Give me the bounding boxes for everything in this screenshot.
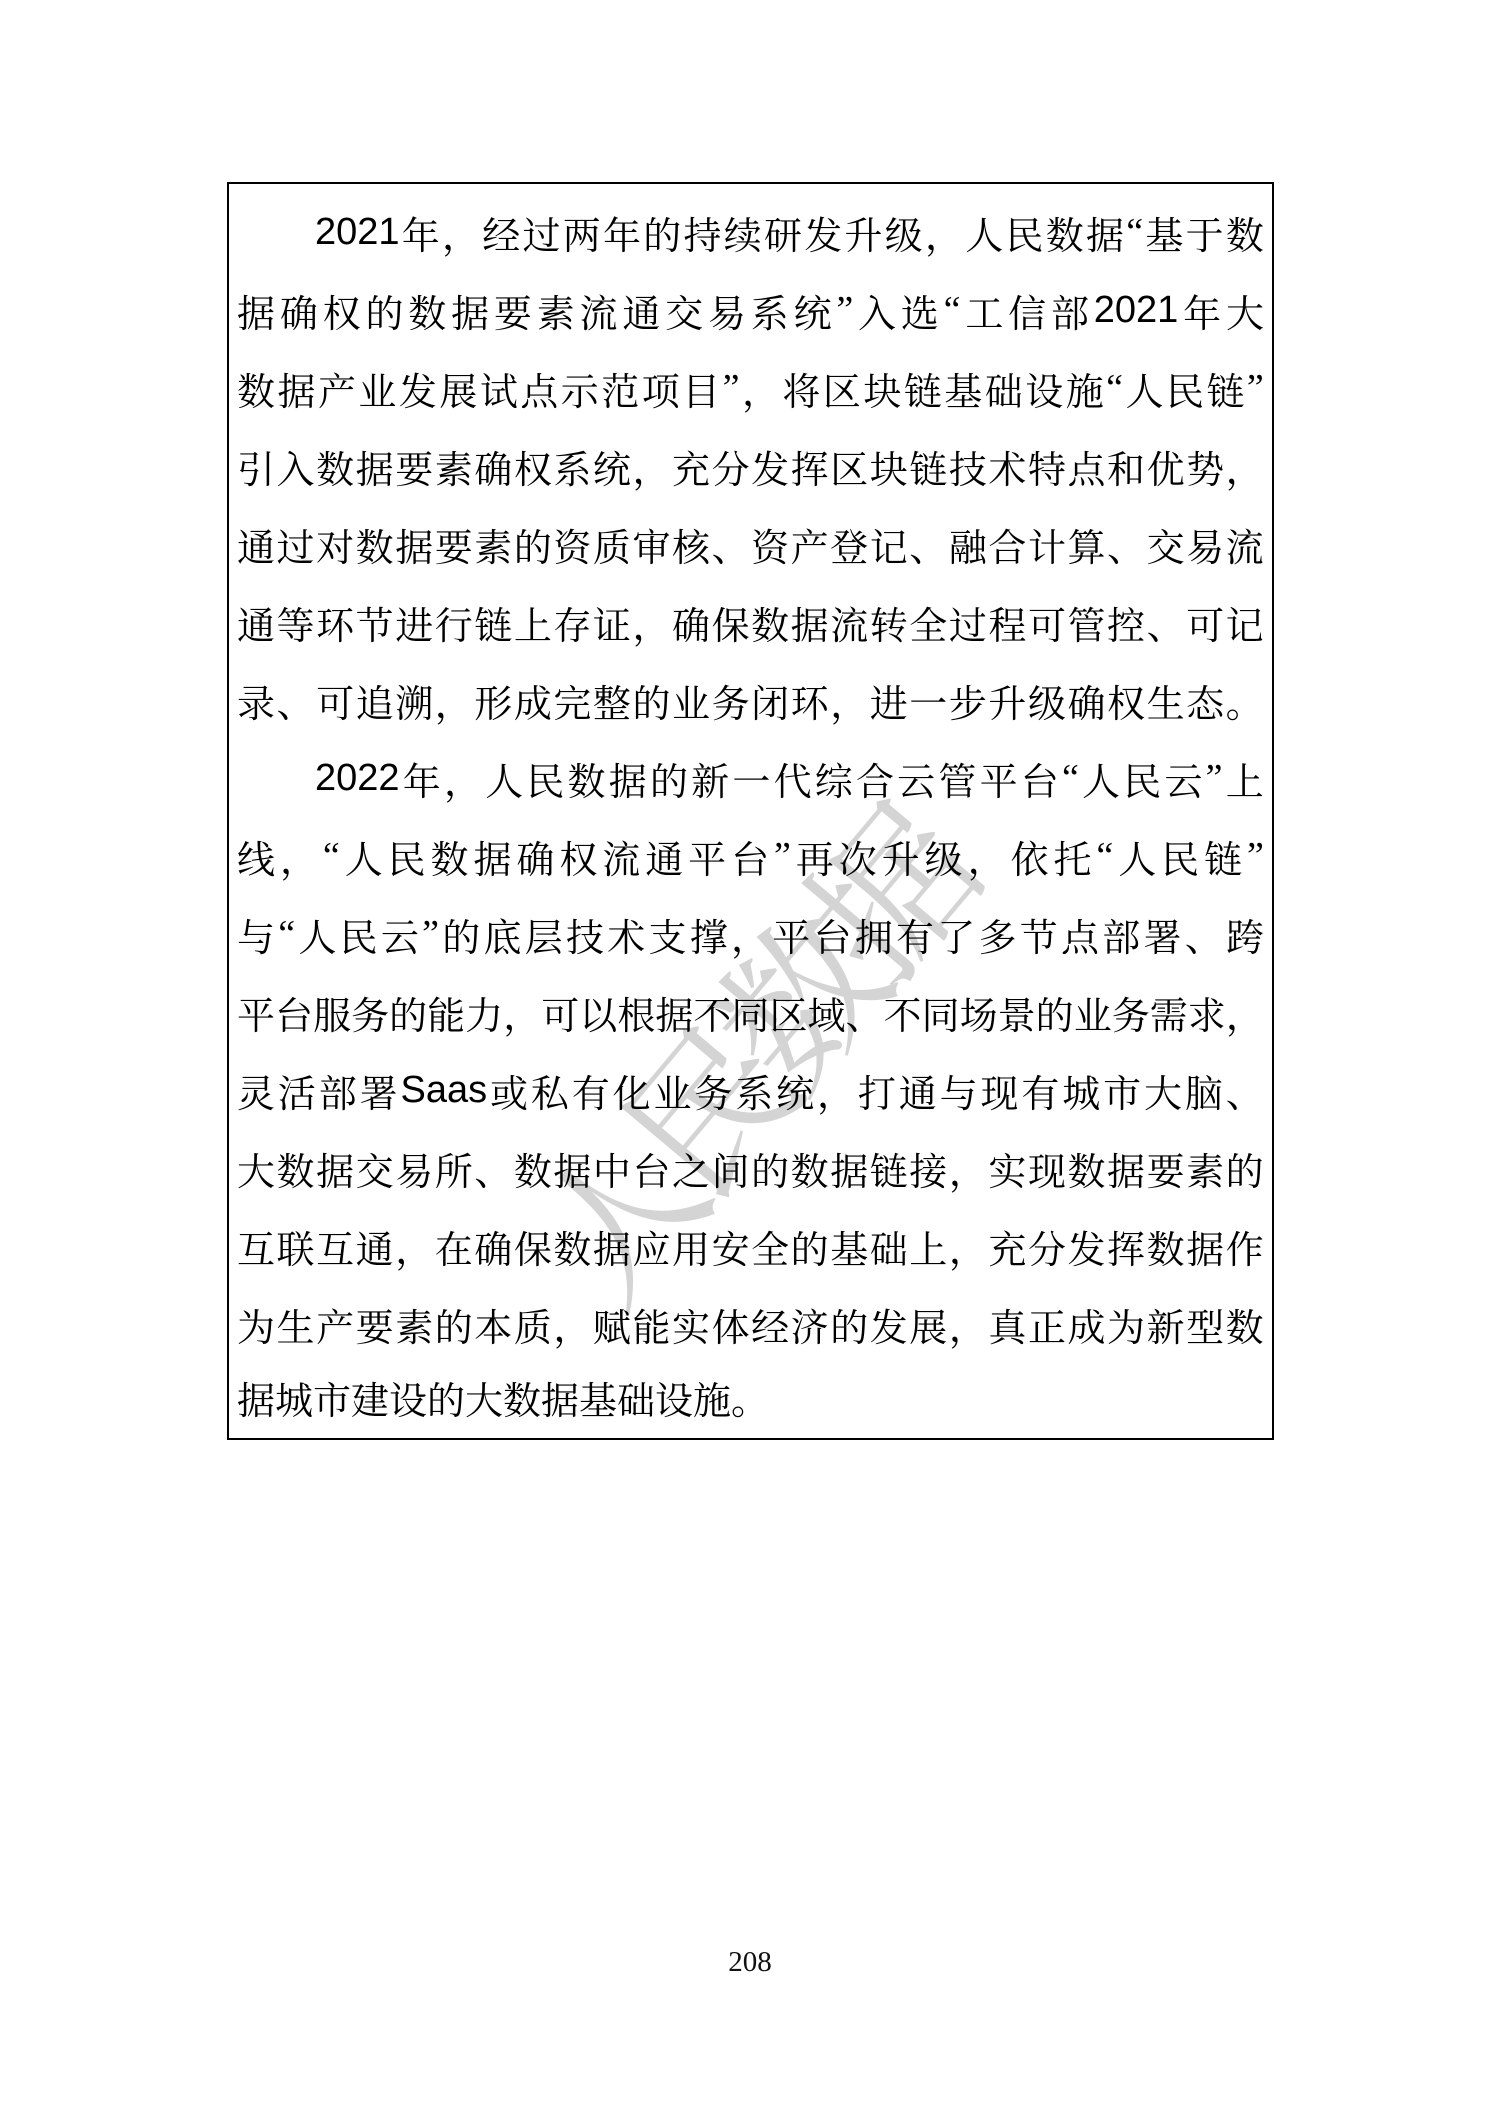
cjk-char: ” xyxy=(836,288,853,332)
cjk-char: 平 xyxy=(980,751,1018,806)
cjk-char: 素 xyxy=(435,439,473,494)
cjk-char: 级 xyxy=(925,829,963,884)
cjk-char: 质 xyxy=(593,517,631,572)
cjk-char: 部 xyxy=(319,1063,357,1118)
cjk-char: 点 xyxy=(1067,439,1105,494)
cjk-char: 链 xyxy=(909,439,947,494)
cjk-char: 数 xyxy=(553,1219,591,1274)
cjk-char: 撑 xyxy=(690,907,728,962)
cjk-char: 整 xyxy=(593,673,631,728)
cjk-char: 署 xyxy=(360,1063,398,1118)
cjk-char: 持 xyxy=(684,205,722,260)
cjk-char: 市 xyxy=(1103,1063,1141,1118)
cjk-char: 、 xyxy=(1185,907,1223,962)
cjk-char: 交 xyxy=(356,1141,394,1196)
cjk-char: 数 xyxy=(568,751,606,806)
cjk-char: 活 xyxy=(278,1063,316,1118)
cjk-char: 数 xyxy=(431,829,469,884)
cjk-char: 块 xyxy=(863,361,901,416)
cjk-char: 对 xyxy=(316,517,354,572)
cjk-char: 充 xyxy=(672,439,710,494)
cjk-char: 年 xyxy=(1183,283,1221,338)
cjk-char: 场 xyxy=(960,985,998,1040)
cjk-char: 数 xyxy=(277,1141,315,1196)
cjk-char: 通 xyxy=(622,283,660,338)
cjk-char: 生 xyxy=(1147,673,1185,728)
cjk-char: 民 xyxy=(340,907,378,962)
cjk-char: 能 xyxy=(427,985,465,1040)
cjk-char: 平 xyxy=(688,829,726,884)
cjk-char: 年 xyxy=(603,205,641,260)
cjk-char: 打 xyxy=(858,1063,896,1118)
cjk-char: 新 xyxy=(1147,1297,1185,1352)
cjk-char: 素 xyxy=(395,1297,433,1352)
cjk-char: 流 xyxy=(1226,517,1264,572)
cjk-char: ， xyxy=(949,1141,987,1196)
cjk-char: 全 xyxy=(909,595,947,650)
cjk-char: 等 xyxy=(277,595,315,650)
cjk-char: 确 xyxy=(280,283,318,338)
cjk-char: 综 xyxy=(815,751,853,806)
cjk-char: 的 xyxy=(514,517,552,572)
cjk-char: 体 xyxy=(712,1297,750,1352)
cjk-char: 经 xyxy=(482,205,520,260)
cjk-char: 、 xyxy=(1107,517,1145,572)
cjk-char: 灵 xyxy=(237,1063,275,1118)
cjk-char: 互 xyxy=(237,1219,275,1274)
cjk-char: 点 xyxy=(1061,907,1099,962)
cjk-char: 完 xyxy=(553,673,591,728)
cjk-char: 据 xyxy=(473,829,511,884)
cjk-char: 、 xyxy=(1147,595,1185,650)
cjk-char: 通 xyxy=(237,517,275,572)
cjk-char: 数 xyxy=(751,595,789,650)
cjk-char: 一 xyxy=(732,751,770,806)
cjk-char: ， xyxy=(280,829,318,884)
cjk-char: 民 xyxy=(1123,751,1161,806)
cjk-char: ， xyxy=(442,205,480,260)
cjk-char: ” xyxy=(422,912,439,956)
cjk-char: 民 xyxy=(1161,829,1199,884)
cjk-char: 术 xyxy=(607,907,645,962)
cjk-char: 块 xyxy=(870,439,908,494)
cjk-char: 作 xyxy=(1226,1219,1264,1274)
cjk-char: 发 xyxy=(751,439,789,494)
cjk-char: 统 xyxy=(794,283,832,338)
cjk-char: 项 xyxy=(642,361,680,416)
cjk-char: 控 xyxy=(1107,595,1145,650)
cjk-char: 态 xyxy=(1186,673,1224,728)
cjk-char: 质 xyxy=(514,1297,552,1352)
cjk-char: 可 xyxy=(1186,595,1224,650)
cjk-char: 链 xyxy=(870,1141,908,1196)
cjk-char: 用 xyxy=(672,1219,710,1274)
cjk-char: 线 xyxy=(237,829,275,884)
cjk-char: 据 xyxy=(655,985,693,1040)
cjk-char: 要 xyxy=(1147,1141,1185,1196)
cjk-char: ， xyxy=(553,1297,591,1352)
text-line: 与“人民云”的底层技术支撑，平台拥有了多节点部署、跨 xyxy=(237,895,1264,973)
cjk-char: 业 xyxy=(653,1063,691,1118)
cjk-char: 产 xyxy=(318,361,356,416)
cjk-char: 易 xyxy=(395,1141,433,1196)
cjk-char: 托 xyxy=(1053,829,1091,884)
cjk-char: 有 xyxy=(572,1063,610,1118)
cjk-char: 本 xyxy=(474,1297,512,1352)
cjk-char: 特 xyxy=(1028,439,1066,494)
cjk-char: 部 xyxy=(1102,907,1140,962)
cjk-char: 再 xyxy=(796,829,834,884)
cjk-char: 要 xyxy=(356,1297,394,1352)
cjk-char: 平 xyxy=(772,907,810,962)
cjk-char: 间 xyxy=(712,1141,750,1196)
cjk-char: 生 xyxy=(277,1297,315,1352)
cjk-char: 区 xyxy=(830,439,868,494)
cjk-char: 闭 xyxy=(751,673,789,728)
cjk-char: 和 xyxy=(1107,439,1145,494)
cjk-char: 数 xyxy=(408,283,446,338)
cjk-char: 部 xyxy=(1051,283,1089,338)
cjk-char: 环 xyxy=(791,673,829,728)
cjk-char: 素 xyxy=(537,283,575,338)
cjk-char: 次 xyxy=(839,829,877,884)
cjk-char: 上 xyxy=(514,595,552,650)
cjk-char: 区 xyxy=(823,361,861,416)
cjk-char: 济 xyxy=(791,1297,829,1352)
cjk-char: 民 xyxy=(388,829,426,884)
cjk-char: 合 xyxy=(856,751,894,806)
cjk-char: 确 xyxy=(672,595,710,650)
cjk-char: 代 xyxy=(774,751,812,806)
cjk-char: 基 xyxy=(830,1219,868,1274)
cjk-char: 施 xyxy=(1066,361,1104,416)
cjk-char: 景 xyxy=(998,985,1036,1040)
text-line: 为生产要素的本质，赋能实体经济的发展，真正成为新型数 xyxy=(237,1285,1264,1363)
cjk-char: 年 xyxy=(402,205,440,260)
cjk-char: 有 xyxy=(1021,1063,1059,1118)
cjk-char: 环 xyxy=(316,595,354,650)
cjk-char: 域 xyxy=(807,985,845,1040)
cjk-char: 安 xyxy=(712,1219,750,1274)
cjk-char: 可 xyxy=(316,673,354,728)
text-line: 引入数据要素确权系统，充分发挥区块链技术特点和优势， xyxy=(237,427,1264,505)
cjk-char: 支 xyxy=(648,907,686,962)
cjk-char: 据 xyxy=(277,361,315,416)
cjk-char: 大 xyxy=(1226,283,1264,338)
cjk-char: 服 xyxy=(313,985,351,1040)
cjk-char: 展 xyxy=(439,361,477,416)
cjk-char: 技 xyxy=(566,907,604,962)
cjk-char: 、 xyxy=(277,673,315,728)
cjk-char: 证 xyxy=(593,595,631,650)
cjk-char: “ xyxy=(1106,366,1123,410)
cjk-char: 同 xyxy=(922,985,960,1040)
cjk-char: 据 xyxy=(1086,205,1124,260)
cjk-char: 工 xyxy=(965,283,1003,338)
cjk-char: 所 xyxy=(435,1141,473,1196)
cjk-char: ， xyxy=(925,205,963,260)
cjk-char: 基 xyxy=(944,361,982,416)
cjk-char: 可 xyxy=(1028,595,1066,650)
cjk-char: 的 xyxy=(791,1219,829,1274)
cjk-char: 现 xyxy=(980,1063,1018,1118)
cjk-char: 真 xyxy=(988,1297,1026,1352)
cjk-char: 发 xyxy=(399,361,437,416)
cjk-char: 上 xyxy=(1226,751,1264,806)
cjk-char: 人 xyxy=(1082,751,1120,806)
cjk-char: 根 xyxy=(617,985,655,1040)
cjk-char: 选 xyxy=(901,283,939,338)
cjk-char: 台 xyxy=(275,985,313,1040)
cjk-char: ， xyxy=(968,829,1006,884)
cjk-char: 的 xyxy=(1226,1141,1264,1196)
cjk-char: “ xyxy=(1062,756,1079,800)
cjk-char: 审 xyxy=(632,517,670,572)
cjk-char: 据 xyxy=(593,1219,631,1274)
cjk-char: 跨 xyxy=(1226,907,1264,962)
cjk-char: 据 xyxy=(395,517,433,572)
cjk-char: 据 xyxy=(830,1141,868,1196)
cjk-char: 资 xyxy=(553,517,591,572)
cjk-char: 了 xyxy=(937,907,975,962)
cjk-char: 据 xyxy=(1186,1219,1224,1274)
cjk-char: 核 xyxy=(672,517,710,572)
text-line: 灵活部署Saas或私有化业务系统，打通与现有城市大脑、 xyxy=(237,1051,1264,1129)
cjk-char: 存 xyxy=(553,595,591,650)
cjk-char: 数 xyxy=(1046,205,1084,260)
cjk-char: “ xyxy=(1126,210,1143,254)
cjk-char: 登 xyxy=(830,517,868,572)
cjk-char: ， xyxy=(817,1063,855,1118)
text-line: 据确权的数据要素流通交易系统”入选“工信部2021年大 xyxy=(237,271,1264,349)
cjk-char: 业 xyxy=(672,673,710,728)
cjk-char: 流 xyxy=(830,595,868,650)
cjk-char: 挥 xyxy=(1107,1219,1145,1274)
page-number: 208 xyxy=(0,1946,1500,1979)
cjk-char: 互 xyxy=(316,1219,354,1274)
cjk-char: 过 xyxy=(949,595,987,650)
cjk-char: 记 xyxy=(870,517,908,572)
cjk-char: 赋 xyxy=(593,1297,631,1352)
cjk-char: 发 xyxy=(804,205,842,260)
cjk-char: ， xyxy=(830,673,868,728)
cjk-char: 的 xyxy=(1036,985,1074,1040)
cjk-char: 多 xyxy=(978,907,1016,962)
cjk-char: 实 xyxy=(988,1141,1026,1196)
cjk-char: 形 xyxy=(474,673,512,728)
cjk-char: 在 xyxy=(435,1219,473,1274)
cjk-char: 台 xyxy=(813,907,851,962)
cjk-char: 与 xyxy=(237,907,275,962)
text-line: 2021年，经过两年的持续研发升级，人民数据“基于数 xyxy=(237,193,1264,271)
cjk-char: 台 xyxy=(632,1141,670,1196)
cjk-char: 数 xyxy=(237,361,275,416)
cjk-char: 转 xyxy=(870,595,908,650)
cjk-char: 易 xyxy=(708,283,746,338)
cjk-char: 系 xyxy=(751,283,789,338)
cjk-char: 技 xyxy=(949,439,987,494)
cjk-char: 正 xyxy=(1028,1297,1066,1352)
cjk-char: 台 xyxy=(731,829,769,884)
cjk-char: 进 xyxy=(870,673,908,728)
cjk-char: 升 xyxy=(882,829,920,884)
cjk-char: 区 xyxy=(769,985,807,1040)
cjk-char: 为 xyxy=(1107,1297,1145,1352)
cjk-char: 署 xyxy=(1143,907,1181,962)
cjk-char: 平 xyxy=(237,985,275,1040)
cjk-char: 联 xyxy=(277,1219,315,1274)
cjk-char: 的 xyxy=(830,1297,868,1352)
cjk-char: 发 xyxy=(870,1297,908,1352)
cjk-char: 录 xyxy=(237,673,275,728)
cjk-char: 势 xyxy=(1186,439,1224,494)
cjk-char: 务 xyxy=(712,673,750,728)
cjk-char: 素 xyxy=(1186,1141,1224,1196)
cjk-char: 确 xyxy=(474,439,512,494)
cjk-char: 要 xyxy=(395,439,433,494)
cjk-char: 不 xyxy=(693,985,731,1040)
cjk-char: 交 xyxy=(665,283,703,338)
cjk-char: 化 xyxy=(613,1063,651,1118)
content-box: 2021年，经过两年的持续研发升级，人民数据“基于数据确权的数据要素流通交易系统… xyxy=(227,182,1274,1440)
cjk-char: 全 xyxy=(751,1219,789,1274)
cjk-char: 充 xyxy=(988,1219,1026,1274)
cjk-char: 一 xyxy=(909,673,947,728)
cjk-char: 数 xyxy=(356,517,394,572)
cjk-char: 合 xyxy=(988,517,1026,572)
cjk-char: 同 xyxy=(731,985,769,1040)
cjk-char: 进 xyxy=(395,595,433,650)
cjk-char: 节 xyxy=(356,595,394,650)
cjk-char: 不 xyxy=(884,985,922,1040)
cjk-char: 级 xyxy=(885,205,923,260)
cjk-char: 管 xyxy=(1067,595,1105,650)
cjk-char: 要 xyxy=(494,283,532,338)
cjk-char: 业 xyxy=(1074,985,1112,1040)
cjk-char: 、 xyxy=(474,1141,512,1196)
cjk-char: 拥 xyxy=(855,907,893,962)
cjk-char: 确 xyxy=(1067,673,1105,728)
cjk-char: 保 xyxy=(514,1219,552,1274)
cjk-char: 或 xyxy=(490,1063,528,1118)
cjk-char: 过 xyxy=(523,205,561,260)
cjk-char: 分 xyxy=(1028,1219,1066,1274)
cjk-char: 为 xyxy=(237,1297,275,1352)
cjk-char: 的 xyxy=(751,1141,789,1196)
cjk-char: 务 xyxy=(351,985,389,1040)
cjk-char: 的 xyxy=(442,907,480,962)
text-line: 大数据交易所、数据中台之间的数据链接，实现数据要素的 xyxy=(237,1129,1264,1207)
cjk-char: 人 xyxy=(485,751,523,806)
cjk-char: 有 xyxy=(896,907,934,962)
cjk-char: ” xyxy=(774,834,791,878)
cjk-char: 经 xyxy=(751,1297,789,1352)
cjk-char: ” xyxy=(723,366,740,410)
cjk-char: 统 xyxy=(776,1063,814,1118)
cjk-char: 要 xyxy=(435,517,473,572)
cjk-char: 民 xyxy=(526,751,564,806)
cjk-char: 之 xyxy=(672,1141,710,1196)
cjk-char: 据 xyxy=(553,1141,591,1196)
cjk-char: 链 xyxy=(1206,361,1244,416)
cjk-char: 确 xyxy=(516,829,554,884)
cjk-char: ， xyxy=(949,1297,987,1352)
cjk-char: 型 xyxy=(1186,1297,1224,1352)
text-line: 2022年，人民数据的新一代综合云管平台“人民云”上 xyxy=(237,739,1264,817)
cjk-char: 术 xyxy=(988,439,1026,494)
cjk-char: 求 xyxy=(1188,985,1226,1040)
cjk-char: 的 xyxy=(643,205,681,260)
cjk-char: 务 xyxy=(1112,985,1150,1040)
cjk-char: 信 xyxy=(1008,283,1046,338)
cjk-char: 记 xyxy=(1226,595,1264,650)
cjk-char: ” xyxy=(1247,366,1264,410)
cjk-char: 行 xyxy=(435,595,473,650)
cjk-char: 中 xyxy=(593,1141,631,1196)
cjk-char: 、 xyxy=(846,985,884,1040)
cjk-char: 能 xyxy=(632,1297,670,1352)
cjk-char: 于 xyxy=(1186,205,1224,260)
cjk-char: 云 xyxy=(1164,751,1202,806)
cjk-char: 统 xyxy=(593,439,631,494)
cjk-char: 人 xyxy=(1118,829,1156,884)
cjk-char: 点 xyxy=(520,361,558,416)
cjk-char: 、 xyxy=(909,517,947,572)
cjk-char: 民 xyxy=(1166,361,1204,416)
cjk-char: 人 xyxy=(345,829,383,884)
cjk-char: 云 xyxy=(381,907,419,962)
text-line: 互联互通，在确保数据应用安全的基础上，充分发挥数据作 xyxy=(237,1207,1264,1285)
cjk-char: ， xyxy=(742,361,780,416)
cjk-char: 链 xyxy=(1204,829,1242,884)
cjk-char: 产 xyxy=(791,517,829,572)
cjk-char: 年 xyxy=(403,751,441,806)
cjk-char: 脑 xyxy=(1185,1063,1223,1118)
text-lines-container: 2021年，经过两年的持续研发升级，人民数据“基于数据确权的数据要素流通交易系统… xyxy=(237,193,1264,1440)
cjk-char: 现 xyxy=(1028,1141,1066,1196)
cjk-char: 上 xyxy=(909,1219,947,1274)
cjk-char: 云 xyxy=(897,751,935,806)
cjk-char: 权 xyxy=(323,283,361,338)
cjk-char: “ xyxy=(944,288,961,332)
cjk-char: ， xyxy=(1226,985,1264,1040)
cjk-char: 的 xyxy=(650,751,688,806)
cjk-char: 流 xyxy=(602,829,640,884)
cjk-char: 、 xyxy=(712,517,750,572)
cjk-char: “ xyxy=(278,912,295,956)
cjk-char: 链 xyxy=(904,361,942,416)
cjk-char: 台 xyxy=(1021,751,1059,806)
cjk-char: 大 xyxy=(237,1141,275,1196)
cjk-char: 数 xyxy=(1226,205,1264,260)
cjk-char: 与 xyxy=(940,1063,978,1118)
cjk-char: 步 xyxy=(949,673,987,728)
cjk-char: 数 xyxy=(316,439,354,494)
cjk-char: 流 xyxy=(580,283,618,338)
cjk-char: 溯 xyxy=(395,673,433,728)
text-line: 据城市建设的大数据基础设施。 xyxy=(237,1363,1264,1440)
cjk-char: 力 xyxy=(465,985,503,1040)
cjk-char: 成 xyxy=(1067,1297,1105,1352)
latin-token: 2021 xyxy=(1094,289,1179,332)
cjk-char: ， xyxy=(949,1219,987,1274)
text-line: 线，“人民数据确权流通平台”再次升级，依托“人民链” xyxy=(237,817,1264,895)
cjk-char: 权 xyxy=(514,439,552,494)
cjk-char: 入 xyxy=(858,283,896,338)
cjk-char: 、 xyxy=(1226,1063,1264,1118)
cjk-char: 优 xyxy=(1147,439,1185,494)
cjk-char: 实 xyxy=(672,1297,710,1352)
